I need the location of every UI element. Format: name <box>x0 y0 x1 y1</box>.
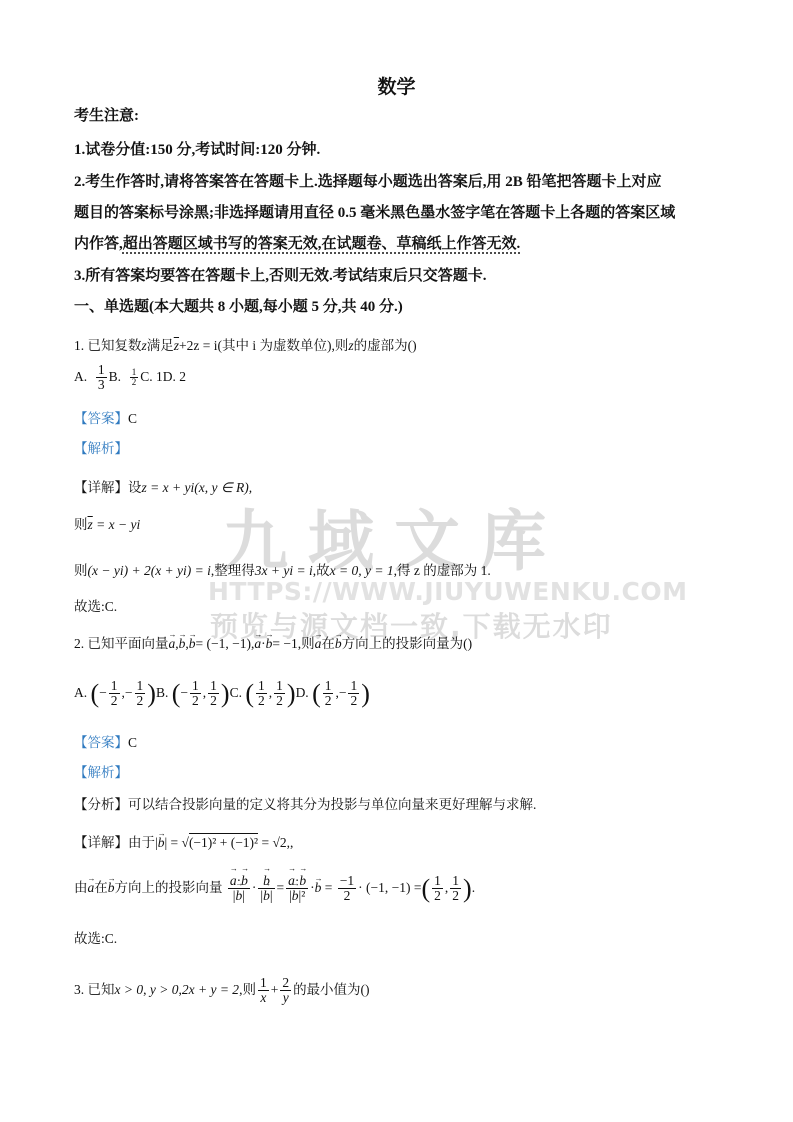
notice-item-1: 1.试卷分值:150 分,考试时间:120 分钟. <box>74 140 320 160</box>
question-2-options: A. (−12,−12)B. (−12,12)C. (12,12)D. (12,… <box>74 675 370 711</box>
document-page: 九域文库 HTTPS://WWW.JIUYUWENKU.COM 预览与源文档一致… <box>0 0 793 1122</box>
answer-label: 【答案】 <box>74 411 128 426</box>
question-2-stem: 2. 已知平面向量a,b,b= (−1, −1),a·b= −1,则a在b方向上… <box>74 634 472 654</box>
notice-item-2-line-1: 2.考生作答时,请将答案答在答题卡上.选择题每小题选出答案后,用 2B 铅笔把答… <box>74 172 662 192</box>
notice-item-2-line-2: 题目的答案标号涂黑;非选择题请用直径 0.5 毫米黑色墨水签字笔在答题卡上各题的… <box>74 203 675 223</box>
question-1-conclusion: 故选:C. <box>74 597 117 617</box>
section-heading: 一、单选题(本大题共 8 小题,每小题 5 分,共 40 分.) <box>74 297 403 317</box>
page-title: 数学 <box>0 72 793 99</box>
question-2-detail-2: 由a在b方向上的投影向量 a·b|b|·b|b|=a·b|b|²·b = −12… <box>74 868 475 908</box>
watermark-url: HTTPS://WWW.JIUYUWENKU.COM <box>208 577 687 606</box>
answer-label: 【答案】 <box>74 735 128 750</box>
question-1-answer: 【答案】C <box>74 409 137 429</box>
question-2-answer: 【答案】C <box>74 733 137 753</box>
question-3-stem: 3. 已知x > 0, y > 0,2x + y = 2,则1x+2y的最小值为… <box>74 972 370 1008</box>
question-1-detail-1: 【详解】设z = x + yi(x, y ∈ R), <box>74 478 252 498</box>
notice-item-2-line-3: 内作答,超出答题区域书写的答案无效,在试题卷、草稿纸上作答无效. <box>74 234 520 254</box>
notice-item-3: 3.所有答案均要答在答题卡上,否则无效.考试结束后只交答题卡. <box>74 266 487 286</box>
question-1-analysis-label: 【解析】 <box>74 439 128 459</box>
question-2-conclusion: 故选:C. <box>74 929 117 949</box>
question-2-reasoning: 【分析】可以结合投影向量的定义将其分为投影与单位向量来更好理解与求解. <box>74 795 536 815</box>
question-2-analysis-label: 【解析】 <box>74 763 128 783</box>
question-1-options: A. 13B. 12C. 1D. 2 <box>74 362 186 393</box>
emphasized-text: 超出答题区域书写的答案无效,在试题卷、草稿纸上作答无效. <box>123 236 521 252</box>
notice-heading: 考生注意: <box>74 106 139 126</box>
question-1-detail-2: 则z = x − yi <box>74 515 140 535</box>
question-1-stem: 1. 已知复数z满足z+2z = i(其中 i 为虚数单位),则z的虚部为() <box>74 336 417 356</box>
question-1-detail-3: 则(x − yi) + 2(x + yi) = i,整理得3x + yi = i… <box>74 561 491 581</box>
question-2-detail-1: 【详解】由于|b| = √(−1)² + (−1)² = √2,, <box>74 833 293 853</box>
